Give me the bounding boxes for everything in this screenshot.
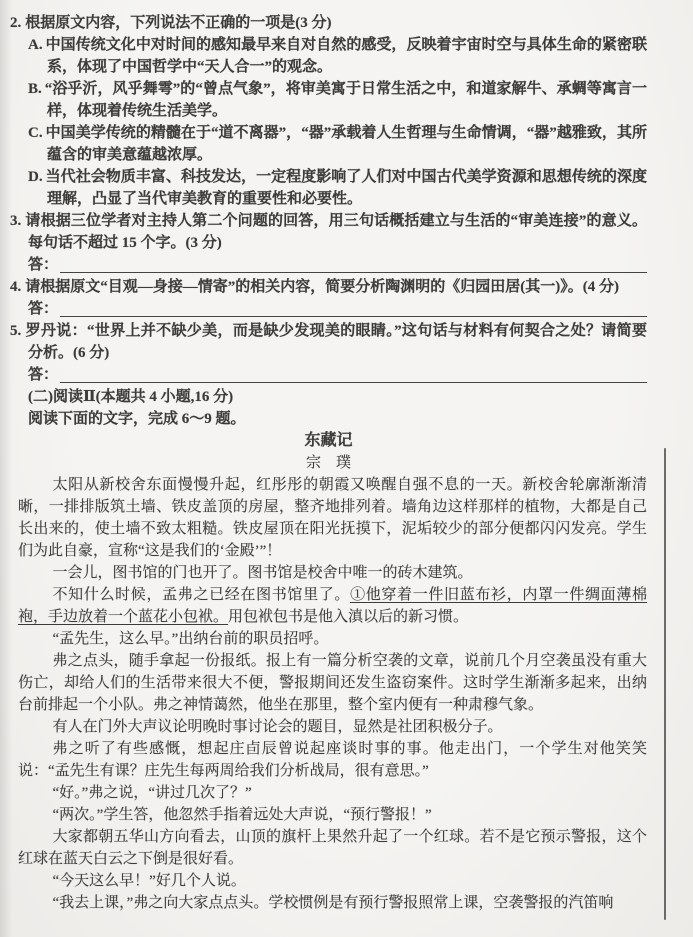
question-4: 4.请根据原文“目观—身接—情寄”的相关内容，简要分析陶渊明的《归园田居(其一)…: [10, 276, 647, 298]
option-a-label: A.: [28, 37, 43, 53]
question-5: 5.罗丹说：“世界上并不缺少美，而是缺少发现美的眼睛。”这句话与材料有何契合之处…: [10, 320, 647, 364]
passage-paragraph: “好。”弗之说，“讲过几次了？”: [18, 782, 647, 804]
passage-paragraph: “两次。”学生答，他忽然手指着远处大声说，“预行警报！”: [18, 804, 647, 826]
option-d-label: D.: [28, 169, 43, 185]
passage-paragraph: 一会儿，图书馆的门也开了。图书馆是校舍中唯一的砖木建筑。: [18, 562, 647, 584]
scan-artifact-line: [664, 448, 666, 920]
exam-page: 2.根据原文内容，下列说法不正确的一项是(3 分) A.中国传统文化中对时间的感…: [0, 0, 693, 937]
passage-paragraph: 有人在门外大声议论明晚时事讨论会的题目，显然是社团积极分子。: [18, 716, 647, 738]
question-2-stem: 根据原文内容，下列说法不正确的一项是(3 分): [25, 15, 331, 31]
question-4-answer-row: 答：: [28, 298, 647, 320]
question-3-stem: 请根据三位学者对主持人第二个问题的回答，用三句话概括建立与生活的“审美连接”的意…: [25, 213, 647, 251]
option-d-text: 当代社会物质丰富、科技发达，一定程度影响了人们对中国古代美学资源和思想传统的深度…: [46, 169, 647, 207]
passage-paragraph: 大家都朝五华山方向看去，山顶的旗杆上果然升起了一个红球。若不是它预示警报，这个红…: [18, 826, 647, 870]
passage-title: 东藏记: [10, 430, 647, 452]
answer-label: 答：: [28, 298, 58, 320]
question-4-number: 4.: [10, 279, 21, 295]
section-instruction: 阅读下面的文字，完成 6～9 题。: [28, 408, 647, 430]
question-5-number: 5.: [10, 323, 21, 339]
option-b-label: B.: [28, 81, 42, 97]
passage-paragraph: “今天这么早！”好几个人说。: [18, 870, 647, 892]
passage-body: 太阳从新校舍东面慢慢升起，红彤彤的朝霞又唤醒自强不息的一天。新校舍轮廓渐渐清晰，…: [18, 474, 647, 914]
passage-paragraph-underlined: 不知什么时候，孟弗之已经在图书馆里了。①他穿着一件旧蓝布衫，内罩一件绸面薄棉袍，…: [18, 584, 647, 628]
passage-paragraph: 弗之点头，随手拿起一份报纸。报上有一篇分析空袭的文章，说前几个月空袭虽没有重大伤…: [18, 650, 647, 716]
option-b-text: “浴乎沂，风乎舞雩”的“曾点气象”，将审美寓于日常生活之中，和道家解牛、承蜩等寓…: [45, 81, 647, 119]
question-2-option-b: B.“浴乎沂，风乎舞雩”的“曾点气象”，将审美寓于日常生活之中，和道家解牛、承蜩…: [28, 78, 647, 122]
question-2-number: 2.: [10, 15, 21, 31]
question-3-answer-row: 答：: [28, 254, 647, 276]
answer-blank-line: [60, 316, 647, 317]
answer-blank-line: [60, 382, 647, 383]
question-2-option-c: C.中国美学传统的精髓在于“道不离器”，“器”承载着人生哲理与生命情调，“器”越…: [28, 122, 647, 166]
answer-label: 答：: [28, 254, 58, 276]
question-3: 3.请根据三位学者对主持人第二个问题的回答，用三句话概括建立与生活的“审美连接”…: [10, 210, 647, 254]
section-heading: (二)阅读Ⅱ(本题共 4 小题,16 分): [28, 386, 647, 408]
question-5-answer-row: 答：: [28, 364, 647, 386]
question-2-option-a: A.中国传统文化中对时间的感知最早来自对自然的感受，反映着宇宙时空与具体生命的紧…: [28, 34, 647, 78]
paragraph-post-text: 用包袱包书是他入滇以后的新习惯。: [228, 609, 468, 625]
passage-paragraph: 太阳从新校舍东面慢慢升起，红彤彤的朝霞又唤醒自强不息的一天。新校舍轮廓渐渐清晰，…: [18, 474, 647, 562]
option-c-label: C.: [28, 125, 43, 141]
passage-paragraph: 弗之听了有些感慨，想起庄卣辰曾说起座谈时事的事。他走出门，一个学生对他笑笑说：“…: [18, 738, 647, 782]
question-2-option-d: D.当代社会物质丰富、科技发达，一定程度影响了人们对中国古代美学资源和思想传统的…: [28, 166, 647, 210]
option-c-text: 中国美学传统的精髓在于“道不离器”，“器”承载着人生哲理与生命情调，“器”越雅致…: [46, 125, 647, 163]
answer-label: 答：: [28, 364, 58, 386]
question-3-number: 3.: [10, 213, 21, 229]
questions-block: 2.根据原文内容，下列说法不正确的一项是(3 分) A.中国传统文化中对时间的感…: [10, 12, 647, 430]
passage-paragraph: “我去上课，”弗之向大家点点头。学校惯例是有预行警报照常上课，空袭警报的汽笛响: [18, 892, 647, 914]
answer-blank-line: [60, 272, 647, 273]
passage-paragraph: “孟先生，这么早。”出纳台前的职员招呼。: [18, 628, 647, 650]
paragraph-pre-text: 不知什么时候，孟弗之已经在图书馆里了。: [53, 587, 351, 603]
question-5-stem: 罗丹说：“世界上并不缺少美，而是缺少发现美的眼睛。”这句话与材料有何契合之处？请…: [25, 323, 647, 361]
question-2: 2.根据原文内容，下列说法不正确的一项是(3 分): [10, 12, 647, 34]
passage-author: 宗 璞: [10, 452, 647, 474]
option-a-text: 中国传统文化中对时间的感知最早来自对自然的感受，反映着宇宙时空与具体生命的紧密联…: [46, 37, 647, 75]
question-4-stem: 请根据原文“目观—身接—情寄”的相关内容，简要分析陶渊明的《归园田居(其一)》。…: [25, 279, 619, 295]
